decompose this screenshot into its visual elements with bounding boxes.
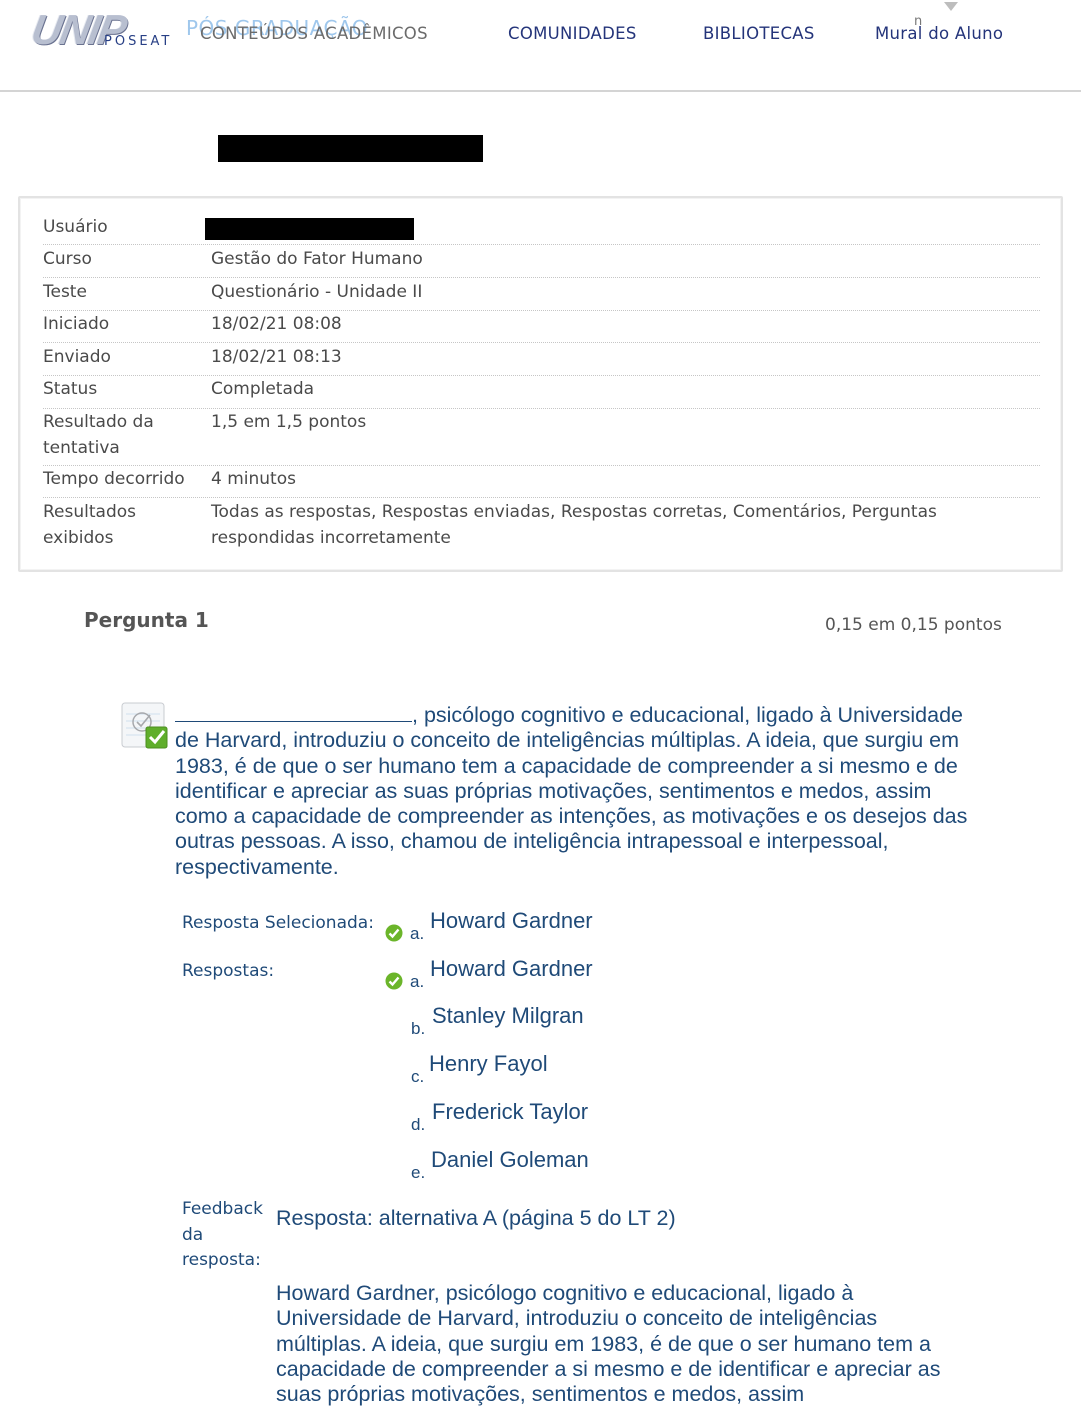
summary-row-enviado: Enviado 18/02/21 08:13 (43, 344, 1040, 376)
answer-letter: a. (410, 924, 424, 944)
logo-subtext: POSEAT (104, 34, 172, 49)
unip-logo[interactable]: UNIP POSEAT (32, 10, 182, 50)
nav-mural-do-aluno[interactable]: Mural do Aluno (875, 24, 1003, 43)
summary-value: 4 minutos (211, 466, 1031, 492)
summary-label: Resultados exibidos (43, 499, 193, 551)
question-body: , psicólogo cognitivo e educacional, lig… (175, 703, 967, 879)
summary-value: 18/02/21 08:13 (211, 344, 1031, 370)
summary-row-iniciado: Iniciado 18/02/21 08:08 (43, 311, 1040, 343)
summary-label: Curso (43, 246, 203, 272)
answer-text: Howard Gardner (430, 908, 593, 934)
answer-letter: e. (411, 1163, 425, 1183)
summary-row-curso: Curso Gestão do Fator Humano (43, 246, 1040, 278)
redacted-page-title (218, 135, 483, 162)
summary-value: 18/02/21 08:08 (211, 311, 1031, 337)
top-header: UNIP POSEAT PÓS GRADUAÇÃO CONTEÚDOS ACAD… (0, 0, 1081, 92)
summary-label: Usuário (43, 214, 203, 240)
answer-letter: d. (411, 1115, 425, 1135)
summary-label: Resultado da tentativa (43, 409, 203, 461)
nav-conteudos-academicos[interactable]: CONTEÚDOS ACADÊMICOS (200, 24, 428, 43)
selected-answer-label: Resposta Selecionada: (182, 913, 374, 933)
nav-comunidades[interactable]: COMUNIDADES (508, 24, 637, 43)
summary-value: 1,5 em 1,5 pontos (211, 409, 1031, 435)
summary-row-teste: Teste Questionário - Unidade II (43, 279, 1040, 311)
answer-letter: c. (411, 1067, 424, 1087)
nav-bibliotecas[interactable]: BIBLIOTECAS (703, 24, 815, 43)
answer-text: Henry Fayol (429, 1051, 548, 1077)
summary-row-resultado: Resultado da tentativa 1,5 em 1,5 pontos (43, 409, 1040, 466)
question-text: , psicólogo cognitivo e educacional, lig… (175, 702, 975, 880)
answer-letter: a. (410, 972, 424, 992)
answer-text: Frederick Taylor (432, 1099, 588, 1125)
summary-value: Gestão do Fator Humano (211, 246, 1031, 272)
summary-row-resultados-exibidos: Resultados exibidos Todas as respostas, … (43, 499, 1040, 559)
summary-value: Todas as respostas, Respostas enviadas, … (211, 499, 951, 551)
dropdown-caret-icon[interactable] (944, 2, 958, 11)
question-blank (175, 702, 412, 722)
summary-row-status: Status Completada (43, 376, 1040, 409)
question-points: 0,15 em 0,15 pontos (825, 615, 1002, 635)
summary-label: Teste (43, 279, 203, 305)
attempt-summary: Usuário Curso Gestão do Fator Humano Tes… (18, 196, 1063, 572)
redacted-user-name (205, 218, 414, 240)
correct-check-icon (385, 924, 403, 942)
answers-label: Respostas: (182, 961, 274, 981)
answer-letter: b. (411, 1019, 425, 1039)
feedback-heading: Resposta: alternativa A (página 5 do LT … (276, 1206, 676, 1231)
question-title: Pergunta 1 (84, 608, 209, 632)
answer-text: Stanley Milgran (432, 1003, 584, 1029)
summary-value: Completada (211, 376, 1031, 402)
answer-text: Daniel Goleman (431, 1147, 589, 1173)
summary-label: Tempo decorrido (43, 466, 203, 492)
correct-answer-document-icon (120, 702, 172, 750)
summary-row-tempo: Tempo decorrido 4 minutos (43, 466, 1040, 498)
summary-value: Questionário - Unidade II (211, 279, 1031, 305)
feedback-body: Howard Gardner, psicólogo cognitivo e ed… (276, 1281, 966, 1407)
summary-label: Iniciado (43, 311, 203, 337)
summary-label: Status (43, 376, 203, 402)
summary-label: Enviado (43, 344, 203, 370)
feedback-label: Feedback da resposta: (182, 1197, 272, 1274)
summary-row-usuario: Usuário (43, 214, 1040, 245)
answer-text: Howard Gardner (430, 956, 593, 982)
correct-check-icon (385, 972, 403, 990)
